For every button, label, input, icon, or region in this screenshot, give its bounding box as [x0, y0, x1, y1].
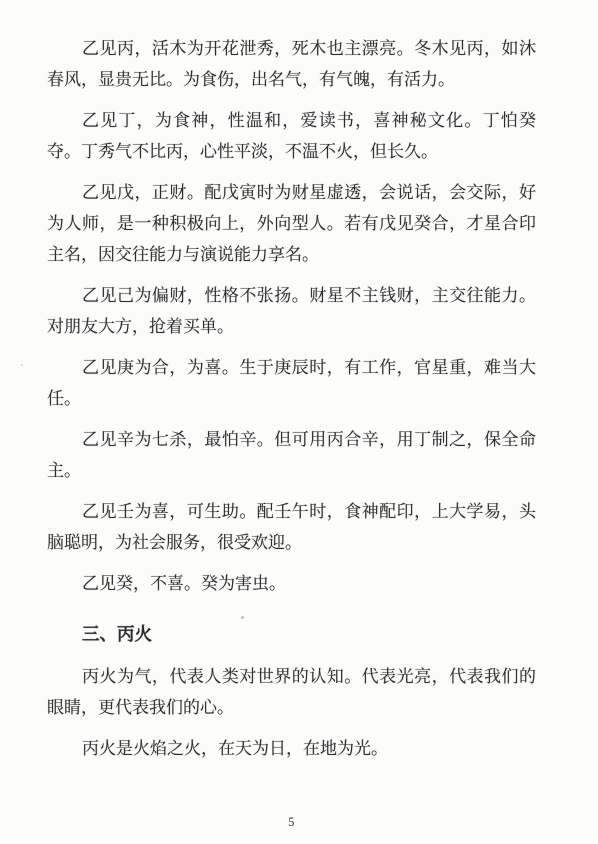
text-line: 春风，显贵无比。为食伤，出名气，有气魄，有活力。	[47, 64, 536, 95]
text-line: 主。	[47, 455, 536, 486]
text-line: 乙见庚为合，为喜。生于庚辰时，有工作，官星重，难当大	[47, 352, 536, 383]
text-line: 主名，因交往能力与演说能力享名。	[47, 239, 536, 270]
text-line: 乙见丙，活木为开花泄秀，死木也主漂亮。冬木见丙，如沐	[47, 33, 536, 64]
text-line: 丙火是火焰之火，在天为日，在地为光。	[47, 733, 536, 764]
scan-speck	[241, 616, 244, 619]
paragraph: 乙见戊，正财。配戊寅时为财星虚透，会说话，会交际，好为人师，是一种积极向上，外向…	[47, 177, 536, 270]
paragraph: 乙见庚为合，为喜。生于庚辰时，有工作，官星重，难当大任。	[47, 352, 536, 414]
text-line: 为人师，是一种积极向上，外向型人。若有戊见癸合，才星合印	[47, 208, 536, 239]
text-line: 乙见癸，不喜。癸为害虫。	[47, 568, 536, 599]
section-heading: 三、丙火	[47, 619, 536, 650]
text-body: 乙见丙，活木为开花泄秀，死木也主漂亮。冬木见丙，如沐春风，显贵无比。为食伤，出名…	[47, 33, 536, 774]
text-line: 丙火为气，代表人类对世界的认知。代表光亮，代表我们的	[47, 661, 536, 692]
paragraph: 丙火为气，代表人类对世界的认知。代表光亮，代表我们的眼睛，更代表我们的心。	[47, 661, 536, 723]
paragraph: 乙见己为偏财，性格不张扬。财星不主钱财，主交往能力。对朋友大方，抢着买单。	[47, 280, 536, 342]
paragraph: 乙见癸，不喜。癸为害虫。	[47, 568, 536, 599]
page-number: 5	[47, 815, 536, 830]
paragraph: 乙见丁，为食神，性温和，爱读书，喜神秘文化。丁怕癸夺。丁秀气不比丙，心性平淡，不…	[47, 105, 536, 167]
text-line: 乙见辛为七杀，最怕辛。但可用丙合辛，用丁制之，保全命	[47, 424, 536, 455]
text-line: 眼睛，更代表我们的心。	[47, 692, 536, 723]
paragraph: 丙火是火焰之火，在天为日，在地为光。	[47, 733, 536, 764]
paragraph: 乙见丙，活木为开花泄秀，死木也主漂亮。冬木见丙，如沐春风，显贵无比。为食伤，出名…	[47, 33, 536, 95]
paragraph: 乙见辛为七杀，最怕辛。但可用丙合辛，用丁制之，保全命主。	[47, 424, 536, 486]
text-line: 对朋友大方，抢着买单。	[47, 311, 536, 342]
text-line: 脑聪明，为社会服务，很受欢迎。	[47, 527, 536, 558]
text-line: 乙见壬为喜，可生助。配壬午时，食神配印，上大学易，头	[47, 496, 536, 527]
text-line: 乙见己为偏财，性格不张扬。财星不主钱财，主交往能力。	[47, 280, 536, 311]
scanned-book-page: 乙见丙，活木为开花泄秀，死木也主漂亮。冬木见丙，如沐春风，显贵无比。为食伤，出名…	[0, 0, 598, 844]
text-line: 乙见丁，为食神，性温和，爱读书，喜神秘文化。丁怕癸	[47, 105, 536, 136]
scan-speck	[21, 364, 23, 366]
scan-speck	[414, 224, 416, 227]
text-line: 任。	[47, 383, 536, 414]
text-line: 夺。丁秀气不比丙，心性平淡，不温不火，但长久。	[47, 136, 536, 167]
paragraph: 乙见壬为喜，可生助。配壬午时，食神配印，上大学易，头脑聪明，为社会服务，很受欢迎…	[47, 496, 536, 558]
text-line: 乙见戊，正财。配戊寅时为财星虚透，会说话，会交际，好	[47, 177, 536, 208]
